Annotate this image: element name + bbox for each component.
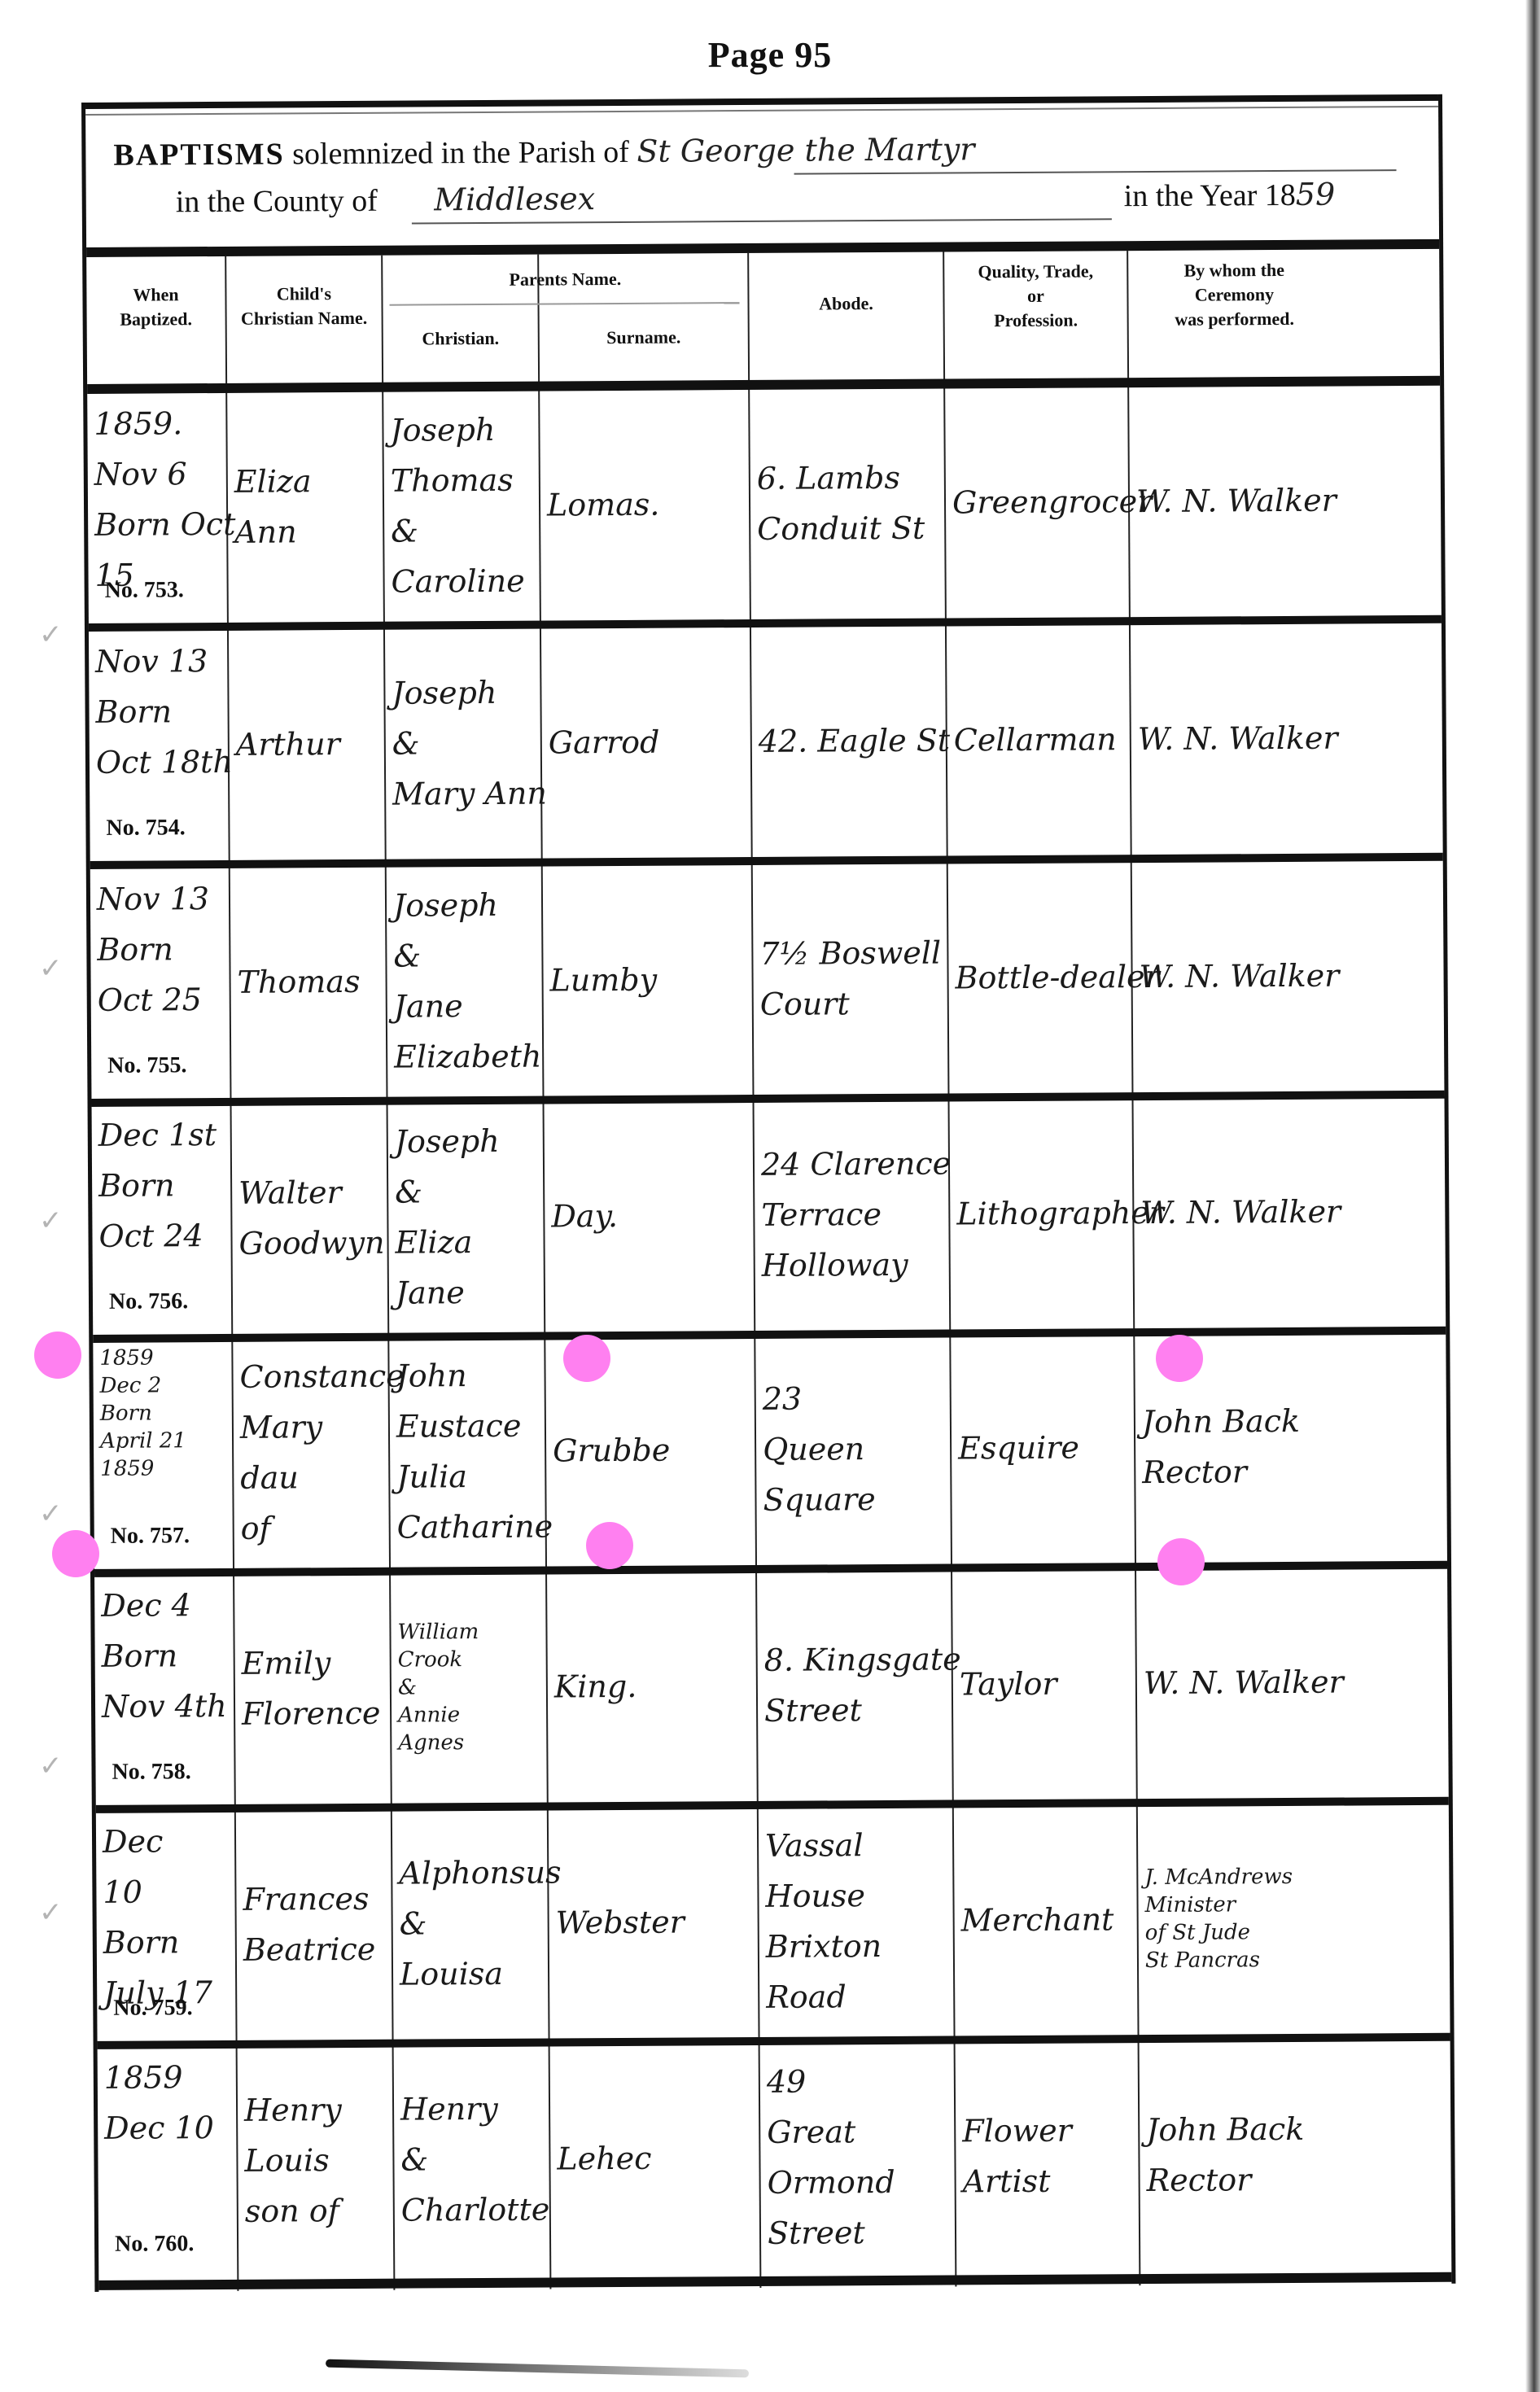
handwritten-text: Dec — [103, 1816, 228, 1867]
cell-by-whom: John BackRector — [1140, 2040, 1354, 2270]
annotation-marker — [1157, 1538, 1205, 1585]
handwritten-text: Annie — [398, 1701, 540, 1729]
handwritten-text: & — [400, 2134, 542, 2185]
cell-parents-christian: JosephThomas&Caroline — [383, 391, 540, 620]
handwritten-text: Louisa — [400, 1948, 541, 2000]
handwritten-text: Oct 25 — [98, 974, 223, 1025]
handwritten-text: Dec 4 — [101, 1580, 226, 1631]
handwritten-text: Nov 4th — [102, 1681, 227, 1732]
entry-number: No. 757. — [111, 1523, 190, 1550]
handwritten-text: Lumby — [549, 954, 745, 1005]
handwritten-text: Queen — [763, 1423, 943, 1475]
cell-abode: 23QueenSquare — [755, 1335, 951, 1563]
handwritten-text: John Back — [1142, 1396, 1342, 1448]
handwritten-text: Eliza — [234, 456, 376, 507]
handwritten-text: Mary Ann — [392, 768, 534, 820]
margin-check-icon: ✓ — [39, 952, 63, 985]
handwritten-text: Court — [760, 978, 941, 1030]
cell-abode: 6. LambsConduit St — [750, 389, 945, 618]
handwritten-text: W. N. Walker — [1139, 951, 1339, 1003]
handwritten-text: Eliza — [395, 1217, 536, 1268]
cell-quality: FlowerArtist — [956, 2041, 1140, 2270]
handwritten-text: Artist — [962, 2155, 1131, 2206]
handwritten-text: 1859 — [104, 2052, 230, 2103]
handwritten-text: Caroline — [391, 556, 532, 607]
entry-number: No. 760. — [115, 2231, 194, 2258]
handwritten-text: 49 — [767, 2056, 947, 2107]
handwritten-text: of St Jude — [1145, 1918, 1345, 1948]
entry-number: No. 756. — [109, 1288, 188, 1315]
handwritten-text: Born — [103, 1917, 229, 1968]
register-entry: Dec 1stBornOct 24WalterGoodwynJoseph&Eli… — [92, 1097, 1446, 1333]
handwritten-text: & — [391, 505, 532, 557]
entry-number: No. 759. — [113, 1995, 192, 2022]
cell-by-whom: W. N. Walker — [1129, 387, 1344, 616]
handwritten-text: & — [395, 1166, 536, 1218]
parents-divider — [390, 302, 740, 306]
cell-by-whom: W. N. Walker — [1131, 624, 1345, 854]
handwritten-text: Esquire — [958, 1422, 1127, 1473]
handwritten-text: Born — [98, 1160, 224, 1211]
handwritten-text: Greengrocer — [952, 476, 1122, 527]
cell-parents-christian: Henry&Charlotte — [394, 2045, 550, 2274]
handwritten-text: Joseph — [392, 667, 533, 719]
handwritten-text: 8. Kingsgate — [764, 1634, 945, 1686]
cell-abode: 7½ BoswellCourt — [753, 864, 948, 1093]
handwritten-text: John Back — [1146, 2104, 1346, 2156]
handwritten-text: Born — [97, 924, 222, 975]
handwritten-text: William — [397, 1618, 539, 1646]
handwritten-text: Dec 2 — [100, 1371, 225, 1400]
cell-quality: Taylor — [952, 1569, 1136, 1798]
handwritten-text: Nov 13 — [97, 873, 222, 925]
cell-abode: 8. KingsgateStreet — [757, 1571, 952, 1799]
handwritten-text: Great — [767, 2106, 947, 2158]
year-line: in the Year 1859 — [1124, 177, 1336, 215]
handwritten-text: Day. — [551, 1190, 746, 1241]
handwritten-text: 1859 — [99, 1344, 225, 1372]
handwritten-text: Walter — [238, 1167, 380, 1218]
handwritten-text: & — [392, 718, 534, 769]
parish-name: St George the Martyr — [637, 131, 974, 169]
handwritten-text: Elizabeth — [394, 1031, 536, 1082]
handwritten-text: 1859 — [100, 1454, 225, 1483]
handwritten-text: Road — [766, 1971, 947, 2022]
handwritten-text: Henry — [400, 2084, 542, 2135]
register-entry: Dec 4BornNov 4thEmilyFlorenceWilliamCroo… — [94, 1568, 1449, 1804]
header-abode: Abode. — [749, 291, 943, 317]
county-fill-line — [412, 218, 1112, 224]
handwritten-text: Thomas — [391, 455, 532, 506]
annotation-marker — [563, 1335, 610, 1382]
handwritten-text: 6. Lambs — [757, 453, 938, 504]
county-label: in the County of — [176, 184, 378, 220]
handwritten-text: Flower — [962, 2105, 1131, 2156]
cell-by-whom: W. N. Walker — [1136, 1568, 1351, 1798]
handwritten-text: Frances — [243, 1874, 384, 1925]
handwritten-text: Joseph — [395, 1116, 536, 1167]
margin-check-icon: ✓ — [39, 1750, 63, 1782]
handwritten-text: Mary — [240, 1402, 382, 1453]
cell-child: HenryLouisson of — [238, 2046, 394, 2275]
handwritten-text: Beatrice — [243, 1924, 385, 1975]
handwritten-text: of — [241, 1502, 383, 1554]
register-entry: Nov 13BornOct 18thArthurJoseph&Mary AnnG… — [89, 623, 1443, 859]
handwritten-text: Grubbe — [553, 1424, 748, 1476]
handwritten-text: 7½ Boswell — [759, 928, 940, 979]
register-title: BAPTISMS solemnized in the Parish of St … — [113, 131, 974, 173]
handwritten-text: Born — [100, 1399, 225, 1428]
cell-by-whom: W. N. Walker — [1134, 1098, 1349, 1327]
cell-child: Thomas — [230, 868, 387, 1096]
handwritten-text: 42. Eagle St — [759, 715, 939, 767]
handwritten-text: Merchant — [960, 1894, 1130, 1945]
handwritten-text: Street — [764, 1685, 945, 1736]
header-parents-christian: Christian. — [383, 326, 538, 352]
cell-surname: Garrod — [541, 628, 751, 857]
margin-check-icon: ✓ — [39, 619, 63, 651]
header-when-baptized: WhenBaptized. — [86, 282, 225, 332]
handwritten-text: Thomas — [237, 956, 378, 1008]
handwritten-text: Louis — [244, 2135, 386, 2186]
cell-child: WalterGoodwyn — [232, 1104, 388, 1332]
cell-child: ElizaAnn — [227, 392, 383, 621]
annotation-marker — [52, 1530, 99, 1577]
register-bottom-rule — [98, 2272, 1451, 2290]
handwritten-text: Constance — [239, 1351, 381, 1402]
handwritten-text: Taylor — [960, 1658, 1129, 1709]
handwritten-text: Henry — [244, 2084, 386, 2136]
handwritten-text: John — [396, 1350, 537, 1402]
header-child-name: Child'sChristian Name. — [226, 282, 381, 331]
handwritten-text: Bottle-dealer — [955, 951, 1124, 1003]
cell-parents-christian: Joseph&ElizaJane — [388, 1103, 545, 1332]
cell-abode: 49GreatOrmondStreet — [760, 2042, 956, 2271]
handwritten-text: Nov 13 — [95, 636, 221, 687]
cell-surname: Day. — [545, 1101, 755, 1331]
handwritten-text: Nov 6 — [94, 448, 220, 500]
handwritten-text: King. — [554, 1660, 750, 1712]
cell-abode: 42. Eagle St — [751, 627, 947, 855]
handwritten-text: J. McAndrews — [1144, 1863, 1345, 1892]
cell-quality: Bottle-dealer — [948, 863, 1132, 1091]
cell-parents-christian: WilliamCrook&AnnieAgnes — [391, 1573, 547, 1802]
baptism-register: BAPTISMS solemnized in the Parish of St … — [81, 94, 1455, 2292]
annotation-marker — [586, 1522, 633, 1569]
cell-child: ConstanceMarydauof — [233, 1338, 389, 1567]
handwritten-text: Born — [95, 686, 221, 737]
handwritten-text: Joseph — [393, 880, 535, 931]
register-entry: Nov 13BornOct 25ThomasJoseph&JaneElizabe… — [90, 861, 1445, 1097]
cell-quality: Cellarman — [947, 625, 1131, 854]
year-printed: 18 — [1265, 178, 1296, 212]
cell-surname: Webster — [549, 1808, 759, 2037]
header-parents-name: Parents Name. — [383, 266, 747, 293]
handwritten-text: Emily — [242, 1638, 383, 1689]
county-name: Middlesex — [434, 181, 595, 217]
handwritten-text: & — [393, 930, 535, 982]
handwritten-text: 10 — [103, 1866, 228, 1918]
handwritten-text: Dec 10 — [104, 2102, 230, 2154]
page-shadow-stroke — [326, 2359, 749, 2378]
handwritten-text: Goodwyn — [238, 1218, 380, 1269]
handwritten-text: Lehec — [557, 2132, 752, 2184]
handwritten-text: Cellarman — [954, 714, 1123, 765]
parish-fill-line — [794, 169, 1397, 175]
cell-child: FrancesBeatrice — [236, 1810, 392, 2039]
handwritten-text: Holloway — [762, 1240, 943, 1291]
cell-abode: VassalHouseBrixtonRoad — [759, 1807, 954, 2036]
cell-by-whom: W. N. Walker — [1132, 862, 1347, 1091]
handwritten-text: Rector — [1146, 2154, 1346, 2206]
handwritten-text: 24 Clarence — [761, 1139, 942, 1190]
handwritten-text: dau — [240, 1452, 382, 1503]
handwritten-text: Webster — [555, 1896, 750, 1948]
cell-parents-christian: JohnEustaceJuliaCatharine — [389, 1337, 545, 1566]
entry-number: No. 754. — [106, 815, 185, 842]
handwritten-text: & — [399, 1898, 540, 1949]
register-entry: Dec10BornJuly 17FrancesBeatriceAlphonsus… — [96, 1804, 1450, 2040]
page-number: Page 95 — [0, 34, 1540, 76]
cell-quality: Esquire — [951, 1333, 1135, 1562]
handwritten-text: Crook — [398, 1646, 540, 1674]
cell-parents-christian: Alphonsus&Louisa — [392, 1809, 549, 2038]
register-entry: 1859Dec 2BornApril 211859ConstanceMaryda… — [93, 1332, 1447, 1568]
handwritten-text: Agnes — [398, 1729, 540, 1757]
handwritten-text: Jane — [394, 981, 536, 1032]
cell-quality: Greengrocer — [945, 387, 1129, 616]
handwritten-text: Catharine — [397, 1502, 539, 1553]
title-bottom-rule — [86, 239, 1439, 257]
handwritten-text: Street — [768, 2207, 948, 2259]
cell-parents-christian: Joseph&Mary Ann — [385, 629, 541, 858]
handwritten-text: Garrod — [549, 716, 744, 767]
cell-child: Arthur — [229, 630, 385, 859]
handwritten-text: Alphonsus — [399, 1848, 540, 1899]
handwritten-text: Julia — [396, 1451, 538, 1502]
handwritten-text: Ann — [234, 506, 376, 558]
page-edge — [1525, 0, 1540, 2392]
handwritten-text: W. N. Walker — [1140, 1187, 1341, 1239]
county-line: in the County of Middlesex — [176, 181, 596, 220]
handwritten-text: Minister — [1144, 1891, 1345, 1920]
handwritten-text: son of — [245, 2185, 387, 2237]
title-baptisms: BAPTISMS — [113, 137, 285, 172]
entry-number: No. 758. — [112, 1759, 190, 1786]
header-quality: Quality, Trade,orProfession. — [944, 259, 1127, 333]
handwritten-text: Eustace — [396, 1401, 538, 1452]
handwritten-text: Conduit St — [757, 503, 938, 554]
handwritten-text: Brixton — [766, 1921, 947, 1972]
handwritten-text: Dec 1st — [98, 1109, 224, 1161]
handwritten-text: April 21 — [100, 1427, 225, 1455]
handwritten-text: Lomas. — [547, 479, 742, 530]
year-label: in the Year — [1124, 178, 1258, 213]
handwritten-text: Oct 24 — [98, 1210, 224, 1262]
cell-surname: Lehec — [550, 2044, 760, 2273]
handwritten-text: Ormond — [767, 2157, 947, 2208]
header-by-whom: By whom theCeremonywas performed. — [1128, 258, 1341, 333]
cell-by-whom: J. McAndrewsMinisterof St JudeSt Pancras — [1138, 1804, 1353, 2034]
register-entry: 1859.Nov 6Born Oct15ElizaAnnJosephThomas… — [87, 386, 1442, 622]
handwritten-text: Lithographer — [956, 1187, 1126, 1239]
cell-quality: Lithographer — [950, 1099, 1134, 1327]
annotation-marker — [1156, 1335, 1203, 1382]
handwritten-text: Oct 18th — [96, 737, 221, 788]
cell-quality: Merchant — [954, 1805, 1138, 2034]
annotation-marker — [34, 1332, 81, 1379]
handwritten-text: Arthur — [236, 719, 378, 770]
handwritten-text: Born — [101, 1630, 226, 1681]
handwritten-text: W. N. Walker — [1138, 713, 1338, 765]
handwritten-text: Square — [763, 1474, 943, 1525]
title-mid: solemnized in the Parish of — [292, 135, 629, 172]
handwritten-text: W. N. Walker — [1136, 475, 1337, 527]
entry-number: No. 753. — [105, 577, 184, 604]
cell-surname: King. — [547, 1572, 757, 1801]
handwritten-text: House — [765, 1870, 946, 1922]
handwritten-text: Florence — [242, 1688, 383, 1739]
margin-check-icon: ✓ — [39, 1205, 63, 1237]
handwritten-text: Vassal — [765, 1820, 946, 1871]
handwritten-text: Jane — [396, 1267, 537, 1318]
cell-surname: Lomas. — [540, 390, 750, 619]
handwritten-text: St Pancras — [1145, 1946, 1345, 1975]
year-handwritten: 59 — [1296, 177, 1336, 212]
handwritten-text: W. N. Walker — [1144, 1657, 1344, 1709]
handwritten-text: 23 — [763, 1373, 943, 1424]
handwritten-text: & — [398, 1673, 540, 1702]
entry-number: No. 755. — [107, 1052, 186, 1079]
header-parents-surname: Surname. — [540, 325, 748, 351]
handwritten-text: Born Oct — [94, 499, 220, 550]
cell-parents-christian: Joseph&JaneElizabeth — [387, 867, 543, 1095]
register-entry: 1859Dec 10HenryLouisson ofHenry&Charlott… — [98, 2040, 1452, 2276]
handwritten-text: Terrace — [761, 1189, 942, 1240]
margin-check-icon: ✓ — [39, 1896, 63, 1929]
handwritten-text: 1859. — [94, 398, 219, 449]
cell-child: EmilyFlorence — [234, 1574, 391, 1803]
handwritten-text: Rector — [1142, 1446, 1342, 1498]
handwritten-text: Joseph — [390, 404, 532, 456]
cell-abode: 24 ClarenceTerraceHolloway — [755, 1100, 950, 1329]
handwritten-text: Charlotte — [401, 2184, 543, 2236]
margin-check-icon: ✓ — [39, 1498, 63, 1530]
cell-surname: Lumby — [543, 865, 753, 1095]
